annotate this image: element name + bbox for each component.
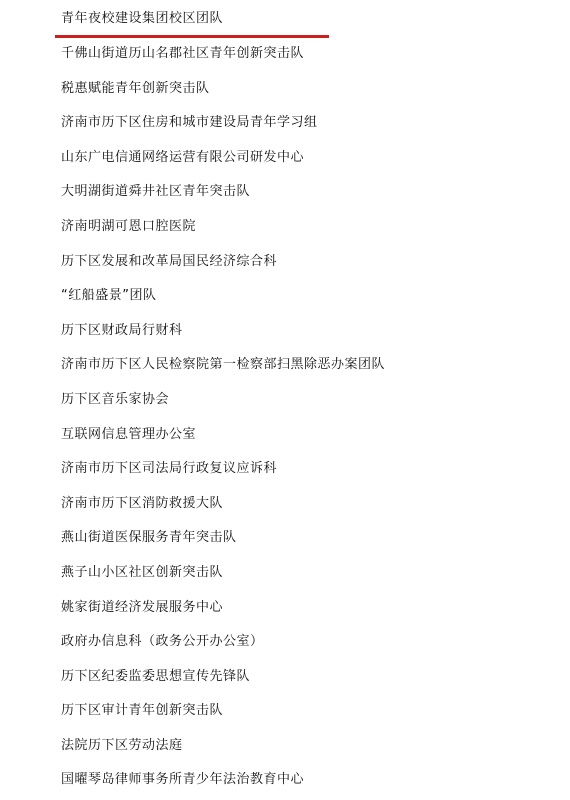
red-divider-line <box>55 35 329 38</box>
list-item: 国曜琴岛律师事务所青少年法治教育中心 <box>61 770 385 800</box>
list-item: 政府办信息科（政务公开办公室） <box>61 632 385 667</box>
header-item: 青年夜校建设集团校区团队 <box>61 9 223 29</box>
list-item: 燕山街道医保服务青年突击队 <box>61 528 385 563</box>
list-item: 济南市历下区司法局行政复议应诉科 <box>61 459 385 494</box>
list-item: 大明湖街道舜井社区青年突击队 <box>61 182 385 217</box>
organization-list: 千佛山街道历山名郡社区青年创新突击队 税惠赋能青年创新突击队 济南市历下区住房和… <box>61 44 385 800</box>
list-item: 济南明湖可恩口腔医院 <box>61 217 385 252</box>
list-item: 山东广电信通网络运营有限公司研发中心 <box>61 148 385 183</box>
list-item: 济南市历下区住房和城市建设局青年学习组 <box>61 113 385 148</box>
list-item: 济南市历下区人民检察院第一检察部扫黑除恶办案团队 <box>61 355 385 390</box>
list-item: 千佛山街道历山名郡社区青年创新突击队 <box>61 44 385 79</box>
list-item: 税惠赋能青年创新突击队 <box>61 79 385 114</box>
list-item: 历下区音乐家协会 <box>61 390 385 425</box>
list-item: 济南市历下区消防救援大队 <box>61 494 385 529</box>
list-item: 互联网信息管理办公室 <box>61 425 385 460</box>
document-page: 青年夜校建设集团校区团队 千佛山街道历山名郡社区青年创新突击队 税惠赋能青年创新… <box>0 0 570 800</box>
list-item: 燕子山小区社区创新突击队 <box>61 563 385 598</box>
list-item: “红船盛景”团队 <box>61 286 385 321</box>
list-item: 历下区财政局行财科 <box>61 321 385 356</box>
list-item: 姚家街道经济发展服务中心 <box>61 598 385 633</box>
list-item: 法院历下区劳动法庭 <box>61 736 385 771</box>
list-item: 历下区纪委监委思想宣传先锋队 <box>61 667 385 702</box>
list-item: 历下区审计青年创新突击队 <box>61 701 385 736</box>
list-item: 历下区发展和改革局国民经济综合科 <box>61 252 385 287</box>
